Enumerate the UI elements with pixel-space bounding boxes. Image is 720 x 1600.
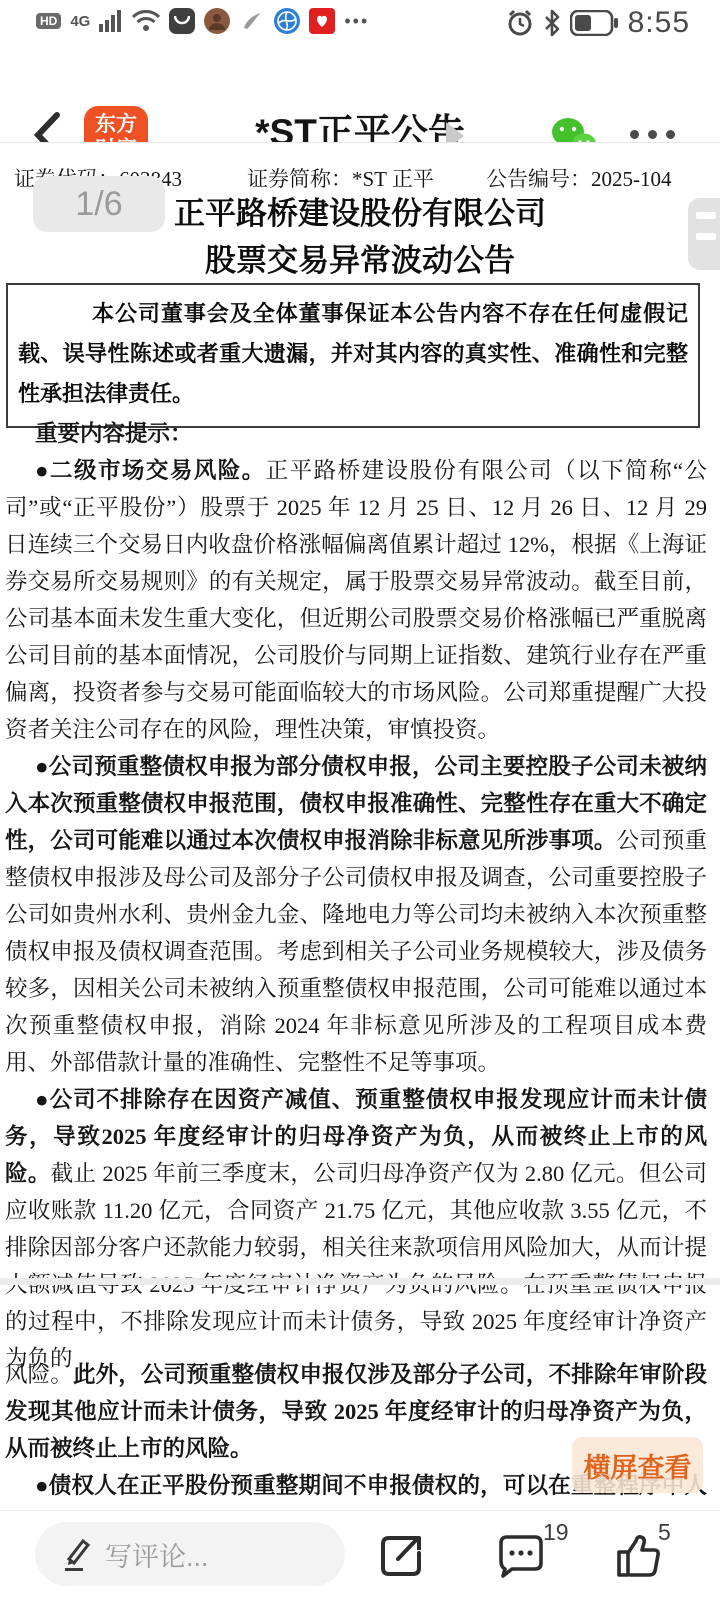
comment-placeholder: 写评论... (105, 1535, 209, 1574)
comment-bubble-icon[interactable] (498, 1533, 544, 1579)
announcement-document: 证券代码：603843 证券简称：*ST 正平 公告编号：2025-104 1/… (0, 143, 720, 1510)
guarantee-box: 本公司董事会及全体董事保证本公告内容不存在任何虚假记载、误导性陈述或者重大遗漏，… (6, 283, 700, 428)
share-icon[interactable] (378, 1533, 424, 1579)
bottom-toolbar: 写评论... 19 5 (0, 1510, 720, 1600)
swoosh-app-icon (239, 8, 265, 34)
doc-paragraph: ●公司预重整债权申报为部分债权申报，公司主要控股子公司未被纳入本次预重整债权申报… (5, 748, 707, 1081)
overflow-dots-icon: ••• (344, 11, 369, 32)
page-separator (0, 1278, 720, 1285)
globe-app-icon (274, 8, 300, 34)
battery-icon (570, 10, 618, 36)
signal-bars-icon (99, 10, 123, 32)
4g-signal-icon: 4G (70, 15, 90, 28)
doc-paragraph: ●二级市场交易风险。正平路桥建设股份有限公司（以下简称“公司”或“正平股份”）股… (5, 452, 707, 748)
doc-title-line2: 股票交易异常波动公告 (0, 235, 720, 280)
doc-title-line1: 正平路桥建设股份有限公司 (0, 188, 720, 233)
section-heading: 重要内容提示： (5, 415, 707, 452)
comment-count: 19 (543, 1519, 569, 1546)
status-time: 8:55 (628, 6, 690, 40)
like-count: 5 (658, 1519, 671, 1546)
catalog-drag-handle[interactable] (688, 198, 720, 270)
red-badge-app-icon (309, 8, 335, 34)
hd-icon: HD (36, 13, 61, 29)
status-bar: HD 4G ••• (0, 0, 720, 46)
thumbs-up-icon[interactable] (614, 1533, 662, 1579)
nav-header: 东方 财富 *ST正平公告 5.22 5.03% (0, 46, 720, 142)
landscape-view-button[interactable]: 横屏查看 (572, 1437, 703, 1493)
avatar-icon (204, 8, 230, 34)
bluetooth-icon (544, 9, 560, 37)
comment-input[interactable]: 写评论... (35, 1522, 345, 1586)
doc-paragraph: ●公司不排除存在因资产减值、预重整债权申报发现应计而未计债务，导致2025 年度… (5, 1081, 707, 1377)
doc-body-page1: 重要内容提示： ●二级市场交易风险。正平路桥建设股份有限公司（以下简称“公司”或… (5, 415, 707, 1377)
pencil-icon (61, 1537, 91, 1571)
pocket-app-icon (169, 8, 195, 34)
more-menu-icon[interactable] (630, 130, 675, 139)
wifi-icon (132, 10, 160, 32)
alarm-icon (506, 9, 534, 37)
